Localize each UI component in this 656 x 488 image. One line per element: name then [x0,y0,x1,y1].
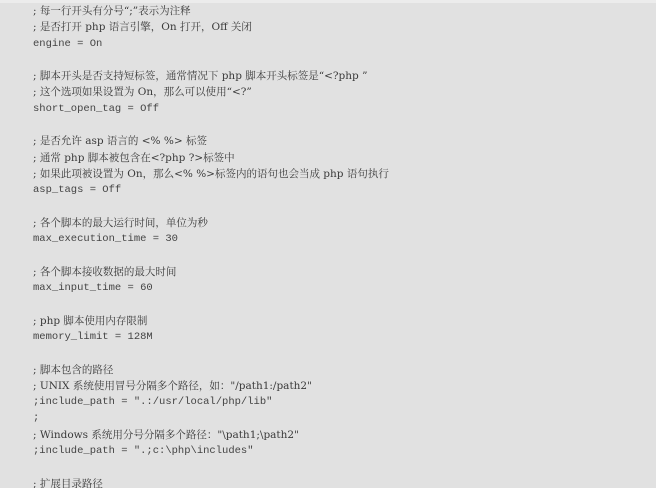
blank-line [33,345,643,361]
config-line-max-execution-time: max_execution_time = 30 [33,231,643,247]
comment-line: ; Windows 系统用分号分隔多个路径："\path1;\path2" [33,427,643,443]
blank-line [33,296,643,312]
comment-line: ; 每一行开头有分号“;”表示为注释 [33,3,643,19]
comment-line: ; 是否打开 php 语言引擎，On 打开，Off 关闭 [33,19,643,35]
comment-line: ; php 脚本使用内存限制 [33,313,643,329]
comment-line: ; 如果此项被设置为 On，那么<% %>标签内的语句也会当成 php 语句执行 [33,166,643,182]
comment-line: ; UNIX 系统使用冒号分隔多个路径，如："/path1:/path2" [33,378,643,394]
config-line-asp-tags: asp_tags = Off [33,182,643,198]
config-line-include-path-unix: ;include_path = ".:/usr/local/php/lib" [33,394,643,410]
comment-line: ; 这个选项如果设置为 On，那么可以使用“<?” [33,84,643,100]
comment-line: ; 扩展目录路径 [33,476,643,488]
config-line-separator: ; [33,410,643,426]
comment-line: ; 脚本开头是否支持短标签，通常情况下 php 脚本开头标签是“<?php ” [33,68,643,84]
config-line-engine: engine = On [33,36,643,52]
comment-line: ; 脚本包含的路径 [33,362,643,378]
blank-line [33,52,643,68]
config-line-short-open-tag: short_open_tag = Off [33,101,643,117]
comment-line: ; 通常 php 脚本被包含在<?php ?>标签中 [33,150,643,166]
blank-line [33,117,643,133]
comment-line: ; 各个脚本接收数据的最大时间 [33,264,643,280]
php-ini-config-listing: ; 每一行开头有分号“;”表示为注释 ; 是否打开 php 语言引擎，On 打开… [33,3,643,488]
comment-line: ; 是否允许 asp 语言的 <% %> 标签 [33,133,643,149]
config-line-include-path-windows: ;include_path = ".;c:\php\includes" [33,443,643,459]
blank-line [33,247,643,263]
blank-line [33,459,643,475]
config-line-max-input-time: max_input_time = 60 [33,280,643,296]
blank-line [33,199,643,215]
comment-line: ; 各个脚本的最大运行时间，单位为秒 [33,215,643,231]
config-line-memory-limit: memory_limit = 128M [33,329,643,345]
